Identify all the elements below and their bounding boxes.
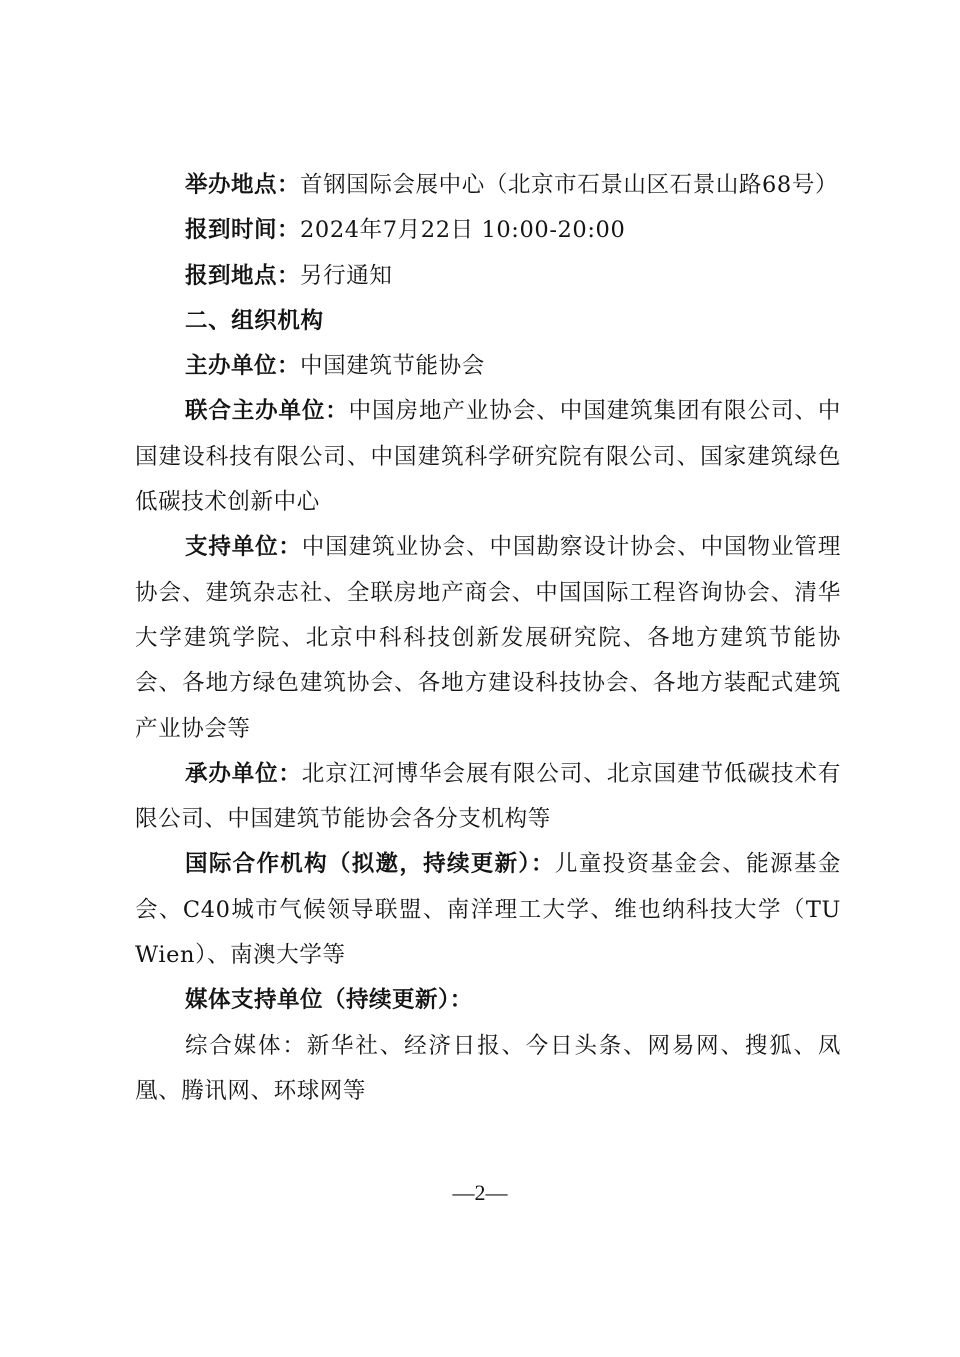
section-heading-organization: 二、组织机构: [135, 299, 841, 344]
text-venue: 首钢国际会展中心（北京市石景山区石景山路68号）: [300, 172, 838, 198]
label-media-heading: 媒体支持单位（持续更新）：: [185, 987, 473, 1013]
paragraph-general-media: 综合媒体：新华社、经济日报、今日头条、网易网、搜狐、凤凰、腾讯网、环球网等: [135, 1024, 841, 1115]
document-page: 举办地点：首钢国际会展中心（北京市石景山区石景山路68号） 报到时间：2024年…: [135, 163, 841, 1114]
paragraph-checkin-location: 报到地点：另行通知: [135, 254, 841, 299]
heading-organization: 二、组织机构: [185, 308, 324, 334]
label-venue: 举办地点：: [185, 172, 300, 198]
label-supporters: 支持单位：: [185, 534, 302, 560]
label-checkin-time: 报到时间：: [185, 217, 300, 243]
label-organizers: 承办单位：: [185, 761, 302, 787]
label-checkin-location: 报到地点：: [185, 263, 300, 289]
paragraph-venue: 举办地点：首钢国际会展中心（北京市石景山区石景山路68号）: [135, 163, 841, 208]
text-supporters: 中国建筑业协会、中国勘察设计协会、中国物业管理协会、建筑杂志社、全联房地产商会、…: [135, 534, 841, 741]
text-host: 中国建筑节能协会: [300, 353, 485, 379]
paragraph-host: 主办单位：中国建筑节能协会: [135, 344, 841, 389]
paragraph-intl-partners: 国际合作机构（拟邀，持续更新）：儿童投资基金会、能源基金会、C40城市气候领导联…: [135, 842, 841, 978]
text-checkin-location: 另行通知: [300, 263, 392, 289]
label-co-host: 联合主办单位：: [185, 398, 349, 424]
paragraph-supporters: 支持单位：中国建筑业协会、中国勘察设计协会、中国物业管理协会、建筑杂志社、全联房…: [135, 525, 841, 751]
text-checkin-time: 2024年7月22日 10:00-20:00: [300, 217, 625, 243]
label-host: 主办单位：: [185, 353, 300, 379]
paragraph-media-heading: 媒体支持单位（持续更新）：: [135, 978, 841, 1023]
paragraph-co-host: 联合主办单位：中国房地产业协会、中国建筑集团有限公司、中国建设科技有限公司、中国…: [135, 389, 841, 525]
label-intl-partners: 国际合作机构（拟邀，持续更新）：: [185, 851, 555, 877]
label-general-media: 综合媒体：: [185, 1033, 307, 1059]
paragraph-checkin-time: 报到时间：2024年7月22日 10:00-20:00: [135, 208, 841, 253]
paragraph-organizers: 承办单位：北京江河博华会展有限公司、北京国建节低碳技术有限公司、中国建筑节能协会…: [135, 752, 841, 843]
page-number: —2—: [0, 1180, 960, 1206]
